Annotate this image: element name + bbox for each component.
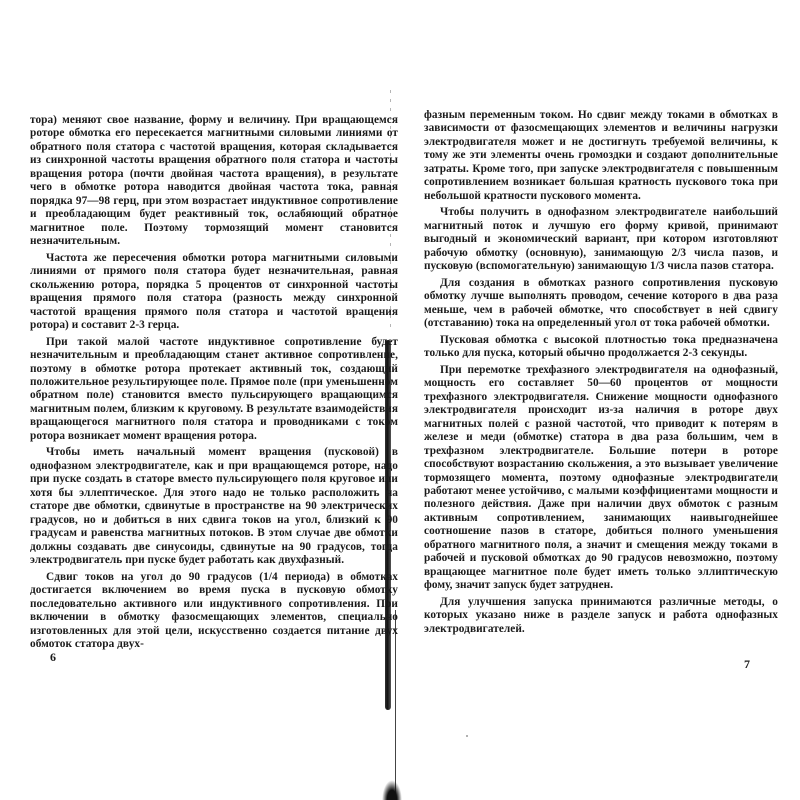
right-paragraph-3: Для создания в обмотках разного сопротив… <box>424 277 778 331</box>
right-paragraph-6: Для улучшения запуска принимаются различ… <box>424 596 778 636</box>
right-paragraph-5: При перемотке трехфазного электродвигате… <box>424 364 778 593</box>
left-paragraph-2: Частота же пересечения обмотки ротора ма… <box>30 252 398 333</box>
right-paragraph-2: Чтобы получить в однофазном электродвига… <box>424 206 778 273</box>
binding-shadow-base <box>382 780 402 800</box>
right-page: фазным переменным током. Но сдвиг между … <box>424 109 778 639</box>
left-page: тора) меняют свое название, форму и вели… <box>30 114 398 655</box>
scan-speck <box>466 735 468 737</box>
left-paragraph-5: Сдвиг токов на угол до 90 градусов (1/4 … <box>30 571 398 652</box>
right-page-number: 7 <box>744 657 750 672</box>
left-page-number: 6 <box>50 650 56 665</box>
left-paragraph-3: При такой малой частоте индуктивное сопр… <box>30 336 398 444</box>
scan-speck <box>776 480 778 482</box>
scan-speck <box>772 300 774 302</box>
book-spread: тора) меняют свое название, форму и вели… <box>0 0 800 800</box>
left-paragraph-4: Чтобы иметь начальный момент вращения (п… <box>30 446 398 567</box>
left-paragraph-1: тора) меняют свое название, форму и вели… <box>30 114 398 249</box>
right-paragraph-4: Пусковая обмотка с высокой плотностью то… <box>424 334 778 361</box>
right-paragraph-1: фазным переменным током. Но сдвиг между … <box>424 109 778 203</box>
